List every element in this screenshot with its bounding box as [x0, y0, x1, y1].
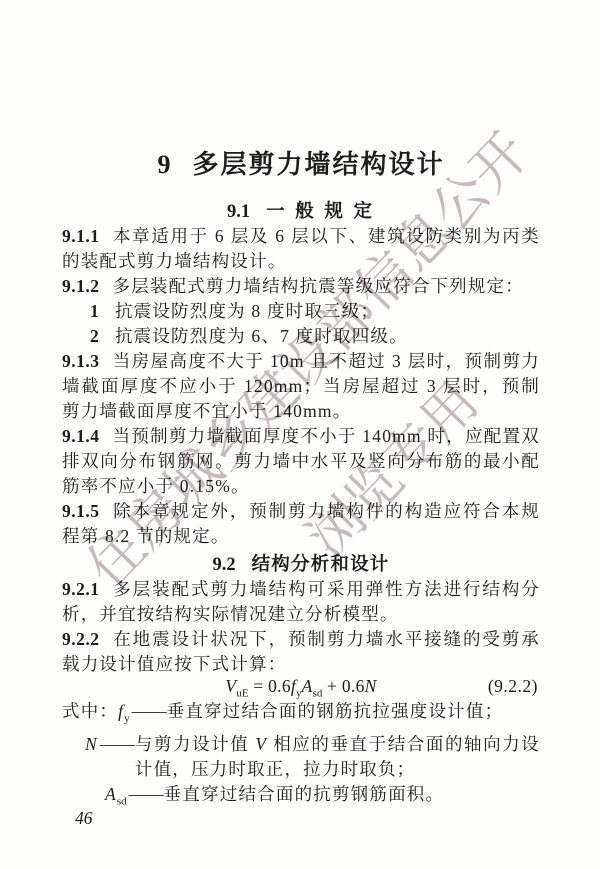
- clause-text: 本章适用于 6 层及 6 层以下、建筑设防类别为丙类的装配式剪力墙结构设计。: [62, 226, 540, 271]
- section-heading-9-1: 9.1一 般 规 定: [62, 200, 540, 224]
- math-var-N: N: [365, 676, 377, 696]
- chapter-title-text: 多层剪力墙结构设计: [192, 150, 444, 179]
- where-row-n: N—— 与剪力设计值 V 相应的垂直于结合面的轴向力设计值，压力时取正，拉力时取…: [85, 732, 540, 782]
- symbol-fy-sub: y: [124, 713, 130, 725]
- item-number: 2: [90, 326, 100, 346]
- definition-dash: ——: [129, 782, 164, 815]
- equation-operator: = 0.6: [249, 676, 291, 696]
- symbol-Asd-sub: sd: [117, 795, 127, 807]
- clause-9-1-2-item-2: 2抗震设防烈度为 6、7 度时取四级。: [62, 324, 540, 349]
- definition-dash: ——: [100, 732, 135, 782]
- equation-body: VuE = 0.6fyAsd + 0.6N: [225, 676, 376, 696]
- where-row-fy: 式中：fy—— 垂直穿过结合面的钢筋抗拉强度设计值；: [62, 699, 540, 732]
- clause-number: 9.1.5: [62, 501, 100, 521]
- clause-number: 9.1.4: [62, 426, 100, 446]
- section-9-1-title: 一 般 规 定: [266, 202, 375, 222]
- clause-9-1-1: 9.1.1本章适用于 6 层及 6 层以下、建筑设防类别为丙类的装配式剪力墙结构…: [62, 224, 540, 274]
- text-column: 9多层剪力墙结构设计 9.1一 般 规 定 9.1.1本章适用于 6 层及 6 …: [62, 0, 540, 814]
- symbol-N: N: [85, 734, 98, 754]
- clause-text: 在地震设计状况下，预制剪力墙水平接缝的受剪承载力设计值应按下式计算：: [62, 629, 540, 674]
- clause-text: 当预制剪力墙截面厚度不小于 140mm 时，应配置双排双向分布钢筋网。剪力墙中水…: [62, 426, 540, 496]
- definition-dash: ——: [132, 699, 167, 732]
- clause-text: 除本章规定外，预制剪力墙构件的构造应符合本规程第 8.2 节的规定。: [62, 501, 540, 546]
- math-sub-sd: sd: [313, 688, 323, 700]
- clause-number: 9.1.2: [62, 276, 100, 296]
- math-var-V: V: [225, 676, 236, 696]
- math-sub-uE: uE: [236, 688, 248, 700]
- clause-number: 9.1.3: [62, 351, 100, 371]
- clause-9-1-2: 9.1.2多层装配式剪力墙结构抗震等级应符合下列规定：: [62, 274, 540, 299]
- clause-9-1-2-item-1: 1抗震设防烈度为 8 度时取三级；: [62, 299, 540, 324]
- clause-text: 多层装配式剪力墙结构可采用弹性方法进行结构分析，并宜按结构实际情况建立分析模型。: [62, 579, 540, 624]
- clause-9-1-4: 9.1.4当预制剪力墙截面厚度不小于 140mm 时，应配置双排双向分布钢筋网。…: [62, 424, 540, 499]
- page-number: 46: [75, 808, 93, 829]
- where-label: 式中：: [62, 699, 118, 732]
- clause-text: 当房屋高度不大于 10m 且不超过 3 层时，预制剪力墙截面厚度不应小于 120…: [62, 351, 540, 421]
- math-var-A: A: [302, 676, 313, 696]
- item-text: 抗震设防烈度为 6、7 度时取四级。: [115, 326, 408, 346]
- definition-text-pre: 与剪力设计值: [135, 734, 255, 754]
- math-var-V-inline: V: [255, 734, 267, 754]
- definition-text: 垂直穿过结合面的钢筋抗拉强度设计值；: [167, 699, 540, 732]
- equation-operator: + 0.6: [322, 676, 364, 696]
- document-page: 住房城乡建设部信息公开 浏览专用 9多层剪力墙结构设计 9.1一 般 规 定 9…: [0, 0, 600, 869]
- item-text: 抗震设防烈度为 8 度时取三级；: [115, 301, 379, 321]
- chapter-number: 9: [157, 150, 172, 179]
- where-row-asd: Asd—— 垂直穿过结合面的抗剪钢筋面积。: [105, 782, 540, 815]
- clause-9-2-2: 9.2.2在地震设计状况下，预制剪力墙水平接缝的受剪承载力设计值应按下式计算：: [62, 627, 540, 677]
- definition-text: 与剪力设计值 V 相应的垂直于结合面的轴向力设计值，压力时取正，拉力时取负；: [135, 732, 540, 782]
- item-number: 1: [90, 301, 100, 321]
- section-9-1-number: 9.1: [227, 202, 250, 222]
- clause-9-2-1: 9.2.1多层装配式剪力墙结构可采用弹性方法进行结构分析，并宜按结构实际情况建立…: [62, 577, 540, 627]
- definition-text: 垂直穿过结合面的抗剪钢筋面积。: [164, 782, 540, 815]
- clause-number: 9.2.1: [62, 579, 100, 599]
- clause-9-1-5: 9.1.5除本章规定外，预制剪力墙构件的构造应符合本规程第 8.2 节的规定。: [62, 499, 540, 549]
- symbol-Asd: A: [105, 784, 117, 804]
- section-9-2-number: 9.2: [212, 555, 235, 575]
- clause-9-1-3: 9.1.3当房屋高度不大于 10m 且不超过 3 层时，预制剪力墙截面厚度不应小…: [62, 349, 540, 424]
- equation-9-2-2: VuE = 0.6fyAsd + 0.6N (9.2.2): [62, 673, 540, 699]
- clause-number: 9.1.1: [62, 226, 100, 246]
- equation-number: (9.2.2): [488, 673, 538, 699]
- section-9-2-title: 结构分析和设计: [252, 555, 390, 575]
- clause-number: 9.2.2: [62, 629, 100, 649]
- clause-text: 多层装配式剪力墙结构抗震等级应符合下列规定：: [113, 276, 524, 296]
- section-heading-9-2: 9.2结构分析和设计: [62, 553, 540, 577]
- chapter-title: 9多层剪力墙结构设计: [62, 146, 540, 184]
